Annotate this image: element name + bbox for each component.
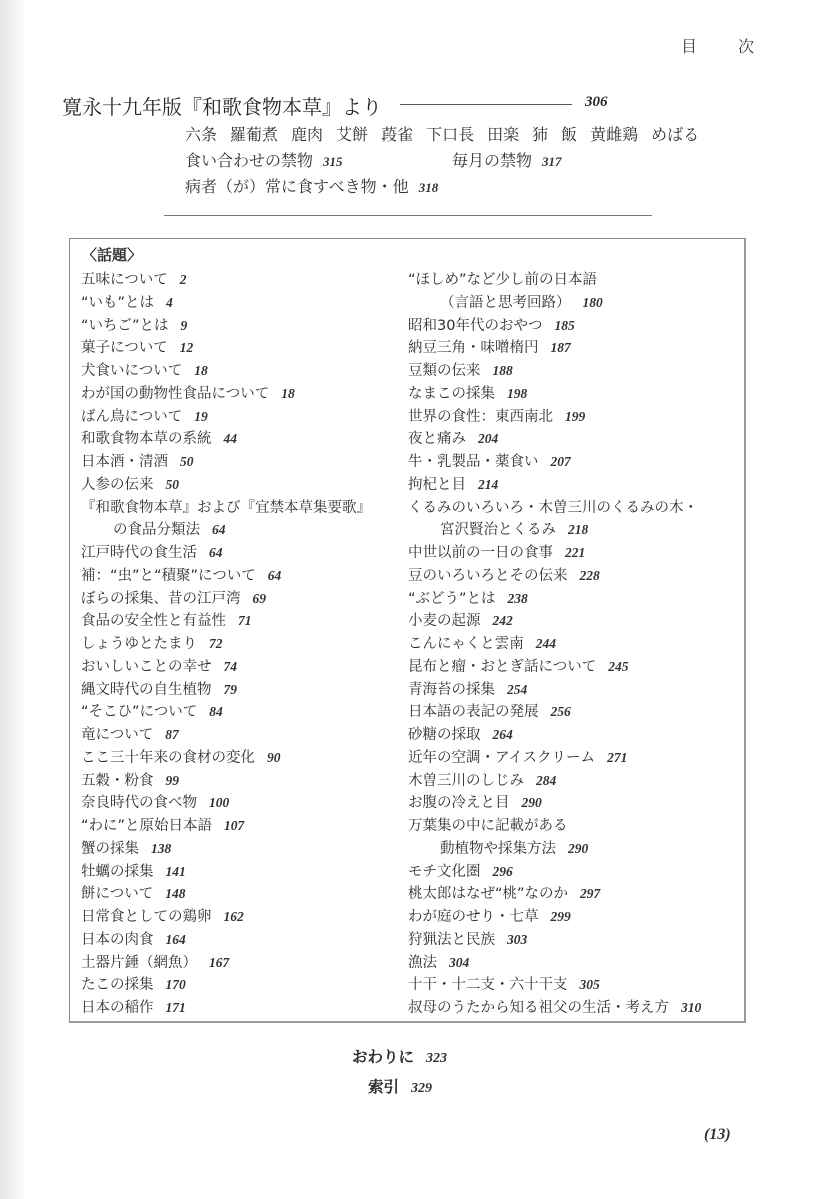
entry-label: 動植物や採集方法 <box>440 841 556 857</box>
word-item: 黄雌鶏 <box>590 125 638 144</box>
entry-label: の食品分類法 <box>113 522 200 538</box>
entry-page: 187 <box>551 340 571 355</box>
toc-entry: 縄文時代の自生植物79 <box>81 679 401 702</box>
entry-page: 245 <box>608 659 628 674</box>
word-item: 葮雀 <box>381 125 413 144</box>
entry-label: 菓子について <box>81 340 168 356</box>
section-word-list: 六条羅葡煮鹿肉艾餅葮雀下口長田楽犻飯黄雌鶏めばる <box>185 122 712 145</box>
entry-label: 近年の空調・アイスクリーム <box>408 750 595 766</box>
toc-entry: 五味について2 <box>81 269 401 292</box>
entry-page: 87 <box>165 727 179 742</box>
entry-page: 218 <box>568 522 588 537</box>
toc-entry: 拘杞と目214 <box>408 474 743 497</box>
toc-entry: 日本語の表記の発展256 <box>408 701 743 724</box>
entry-page: 18 <box>281 386 295 401</box>
word-item: 艾餅 <box>336 125 368 144</box>
word-item: 犻 <box>532 125 548 144</box>
toc-entry: 砂糖の採取264 <box>408 724 743 747</box>
entry-page: 323 <box>426 1051 447 1066</box>
entry-page: 198 <box>507 386 527 401</box>
entry-page: 290 <box>522 795 542 810</box>
toc-entry: （言語と思考回路）180 <box>408 292 743 315</box>
toc-entry: 豆のいろいろとその伝来228 <box>408 565 743 588</box>
entry-page: 199 <box>565 409 585 424</box>
toc-entry: 豆類の伝来188 <box>408 360 743 383</box>
entry-page: 329 <box>411 1081 432 1096</box>
entry-page: 290 <box>568 841 588 856</box>
entry-page: 171 <box>166 1000 186 1015</box>
entry-page: 84 <box>209 704 223 719</box>
sub-item: 病者（が）常に食すべき物・他318 <box>185 174 438 197</box>
entry-page: 167 <box>209 955 229 970</box>
entry-page: 100 <box>209 795 229 810</box>
toc-entry: 餅について148 <box>81 883 401 906</box>
entry-label: 拘杞と目 <box>408 477 466 493</box>
entry-page: 44 <box>224 431 238 446</box>
toc-entry: わが庭のせり・七草299 <box>408 906 743 929</box>
word-item: 飯 <box>561 125 577 144</box>
toc-entry: 日本酒・清酒50 <box>81 451 401 474</box>
toc-entry: 土器片錘（網魚）167 <box>81 952 401 975</box>
page-gutter-shadow <box>0 0 26 1199</box>
section-title: 寛永十九年版『和歌食物本草』より <box>62 91 382 120</box>
running-head: 目 次 <box>681 34 772 57</box>
entry-page: 254 <box>507 682 527 697</box>
entry-label: “いも”とは <box>81 295 154 311</box>
entry-label: 木曽三川のしじみ <box>408 773 524 789</box>
toc-entry: 夜と痛み204 <box>408 428 743 451</box>
toc-entry: ここ三十年来の食材の変化90 <box>81 747 401 770</box>
toc-entry: わが国の動物性食品について18 <box>81 383 401 406</box>
toc-entry: “ほしめ”など少し前の日本語 <box>408 269 743 292</box>
word-item: 田楽 <box>487 125 519 144</box>
sub-item: 毎月の禁物317 <box>452 148 562 171</box>
entry-label: 土器片錘（網魚） <box>81 955 197 971</box>
word-item: めばる <box>651 125 699 144</box>
entry-label: 江戸時代の食生活 <box>81 545 197 561</box>
entry-label: 犬食いについて <box>81 363 182 379</box>
topics-heading: 〈話題〉 <box>82 244 142 265</box>
toc-entry-afterword: おわりに323 <box>352 1045 447 1067</box>
entry-page: 72 <box>209 636 223 651</box>
entry-label: 五穀・粉食 <box>81 773 154 789</box>
entry-label: 桃太郎はなぜ“桃”なのか <box>408 886 568 902</box>
entry-label: 中世以前の一日の食事 <box>408 545 553 561</box>
toc-entry: 昆布と瘤・おとぎ話について245 <box>408 656 743 679</box>
entry-label: 砂糖の採取 <box>408 727 481 743</box>
toc-entry: 十干・十二支・六十干支305 <box>408 974 743 997</box>
toc-entry: お腹の冷えと目290 <box>408 792 743 815</box>
topics-column-left: 五味について2“いも”とは4“いちご”とは9菓子について12犬食いについて18わ… <box>81 269 401 1020</box>
toc-entry: なまこの採集198 <box>408 383 743 406</box>
toc-entry: 日常食としての鶏卵162 <box>81 906 401 929</box>
entry-page: 305 <box>580 977 600 992</box>
entry-label: 漁法 <box>408 955 437 971</box>
entry-label: 狩猟法と民族 <box>408 932 495 948</box>
entry-label: こんにゃくと雲南 <box>408 636 524 652</box>
toc-entry: 狩猟法と民族303 <box>408 929 743 952</box>
entry-page: 204 <box>478 431 498 446</box>
toc-entry: “いちご”とは9 <box>81 315 401 338</box>
entry-page: 99 <box>166 773 180 788</box>
entry-page: 164 <box>166 932 186 947</box>
entry-page: 188 <box>493 363 513 378</box>
toc-entry: ばん鳥について19 <box>81 406 401 429</box>
entry-page: 79 <box>224 682 238 697</box>
entry-page: 69 <box>253 591 267 606</box>
entry-page: 297 <box>580 886 600 901</box>
toc-entry: しょうゆとたまり72 <box>81 633 401 656</box>
entry-page: 107 <box>224 818 244 833</box>
entry-page: 90 <box>267 750 281 765</box>
entry-label: 宮沢賢治とくるみ <box>440 522 556 538</box>
entry-label: 索引 <box>368 1078 399 1096</box>
entry-label: 日常食としての鶏卵 <box>81 909 212 925</box>
entry-page: 238 <box>508 591 528 606</box>
section-page-number: 306 <box>585 94 608 111</box>
entry-label: 日本の稲作 <box>81 1000 154 1016</box>
toc-entry: 食品の安全性と有益性71 <box>81 610 401 633</box>
entry-label: “そこひ”について <box>81 704 197 720</box>
entry-page: 2 <box>180 272 187 287</box>
entry-page: 74 <box>224 659 238 674</box>
toc-entry: 昭和30年代のおやつ185 <box>408 315 743 338</box>
entry-label: なまこの採集 <box>408 386 495 402</box>
entry-page: 303 <box>507 932 527 947</box>
entry-page: 271 <box>607 750 627 765</box>
toc-entry: “いも”とは4 <box>81 292 401 315</box>
toc-entry: 江戸時代の食生活64 <box>81 542 401 565</box>
entry-label: 人参の伝来 <box>81 477 154 493</box>
toc-entry: 補：“虫”と“積聚”について64 <box>81 565 401 588</box>
entry-label: 縄文時代の自生植物 <box>81 682 212 698</box>
entry-label: 和歌食物本草の系統 <box>81 431 212 447</box>
entry-page: 242 <box>493 613 513 628</box>
toc-entry: 『和歌食物本草』および『宜禁本草集要歌』 <box>81 497 401 520</box>
entry-page: 256 <box>551 704 571 719</box>
entry-label: 昭和30年代のおやつ <box>408 318 542 334</box>
toc-entry: 中世以前の一日の食事221 <box>408 542 743 565</box>
toc-entry: 動植物や採集方法290 <box>408 838 743 861</box>
entry-page: 4 <box>166 295 173 310</box>
entry-label: 『和歌食物本草』および『宜禁本草集要歌』 <box>81 500 371 516</box>
entry-label: 豆類の伝来 <box>408 363 481 379</box>
entry-page: 180 <box>583 295 603 310</box>
entry-page: 141 <box>166 864 186 879</box>
toc-entry: 納豆三角・味噌楕円187 <box>408 337 743 360</box>
toc-entry: 日本の肉食164 <box>81 929 401 952</box>
sub-item-label: 毎月の禁物 <box>452 151 532 170</box>
toc-entry: 桃太郎はなぜ“桃”なのか297 <box>408 883 743 906</box>
entry-label: 夜と痛み <box>408 431 466 447</box>
word-item: 六条 <box>185 125 217 144</box>
entry-label: ばん鳥について <box>81 409 182 425</box>
toc-entry: 世界の食性：東西南北199 <box>408 406 743 429</box>
entry-page: 18 <box>194 363 208 378</box>
entry-label: ここ三十年来の食材の変化 <box>81 750 255 766</box>
word-item: 鹿肉 <box>291 125 323 144</box>
toc-entry: たこの採集170 <box>81 974 401 997</box>
entry-page: 284 <box>536 773 556 788</box>
entry-label: 昆布と瘤・おとぎ話について <box>408 659 596 675</box>
toc-entry: 人参の伝来50 <box>81 474 401 497</box>
toc-entry: 犬食いについて18 <box>81 360 401 383</box>
toc-entry: 竜について87 <box>81 724 401 747</box>
toc-entry: “ぶどう”とは238 <box>408 588 743 611</box>
entry-label: おわりに <box>352 1048 414 1066</box>
sub-item-page: 315 <box>323 154 343 169</box>
sub-item-label: 病者（が）常に食すべき物・他 <box>185 177 409 196</box>
entry-label: お腹の冷えと目 <box>408 795 510 811</box>
toc-entry: 小麦の起源242 <box>408 610 743 633</box>
entry-label: くるみのいろいろ・木曽三川のくるみの木・ <box>408 500 698 516</box>
entry-page: 9 <box>181 318 188 333</box>
toc-entry: ぼらの採集、昔の江戸湾69 <box>81 588 401 611</box>
toc-entry: 宮沢賢治とくるみ218 <box>408 519 743 542</box>
entry-label: 牡蠣の採集 <box>81 864 154 880</box>
entry-label: 食品の安全性と有益性 <box>81 613 226 629</box>
entry-page: 304 <box>449 955 469 970</box>
entry-label: 叔母のうたから知る祖父の生活・考え方 <box>408 1000 669 1016</box>
toc-entry: 和歌食物本草の系統44 <box>81 428 401 451</box>
entry-page: 71 <box>238 613 252 628</box>
entry-page: 64 <box>268 568 282 583</box>
entry-label: “わに”と原始日本語 <box>81 818 212 834</box>
entry-page: 185 <box>554 318 574 333</box>
entry-label: おいしいことの幸せ <box>81 659 212 675</box>
entry-page: 19 <box>194 409 208 424</box>
entry-page: 221 <box>565 545 585 560</box>
entry-label: 小麦の起源 <box>408 613 481 629</box>
entry-label: わが国の動物性食品について <box>81 386 269 402</box>
toc-entry: 牛・乳製品・薬食い207 <box>408 451 743 474</box>
toc-entry: 万葉集の中に記載がある <box>408 815 743 838</box>
entry-page: 244 <box>536 636 556 651</box>
entry-label: 補：“虫”と“積聚”について <box>81 568 256 584</box>
entry-page: 50 <box>166 477 180 492</box>
entry-label: たこの採集 <box>81 977 154 993</box>
entry-label: 奈良時代の食べ物 <box>81 795 197 811</box>
entry-page: 228 <box>580 568 600 583</box>
entry-page: 50 <box>180 454 194 469</box>
entry-label: 日本酒・清酒 <box>81 454 168 470</box>
entry-label: 万葉集の中に記載がある <box>408 818 568 834</box>
toc-entry: モチ文化圏296 <box>408 861 743 884</box>
toc-entry: おいしいことの幸せ74 <box>81 656 401 679</box>
toc-entry: “わに”と原始日本語107 <box>81 815 401 838</box>
entry-page: 64 <box>209 545 223 560</box>
toc-entry-index: 索引329 <box>368 1075 432 1097</box>
toc-entry: 五穀・粉食99 <box>81 770 401 793</box>
toc-entry: 木曽三川のしじみ284 <box>408 770 743 793</box>
entry-page: 299 <box>551 909 571 924</box>
entry-page: 264 <box>493 727 513 742</box>
toc-entry: 蟹の採集138 <box>81 838 401 861</box>
entry-label: 餅について <box>81 886 153 902</box>
entry-label: “ぶどう”とは <box>408 591 496 607</box>
entry-page: 162 <box>224 909 244 924</box>
toc-entry: の食品分類法64 <box>81 519 401 542</box>
entry-label: 日本語の表記の発展 <box>408 704 539 720</box>
topics-column-right: “ほしめ”など少し前の日本語（言語と思考回路）180昭和30年代のおやつ185納… <box>408 269 743 1020</box>
entry-label: 日本の肉食 <box>81 932 154 948</box>
entry-label: 十干・十二支・六十干支 <box>408 977 568 993</box>
sub-item-page: 317 <box>542 154 562 169</box>
toc-entry: 菓子について12 <box>81 337 401 360</box>
toc-entry: くるみのいろいろ・木曽三川のくるみの木・ <box>408 497 743 520</box>
entry-page: 148 <box>165 886 185 901</box>
entry-page: 214 <box>478 477 498 492</box>
section-divider <box>164 215 652 216</box>
sub-item: 食い合わせの禁物315 <box>185 148 343 171</box>
entry-label: 豆のいろいろとその伝来 <box>408 568 568 584</box>
entry-label: （言語と思考回路） <box>440 295 571 311</box>
entry-label: “ほしめ”など少し前の日本語 <box>408 272 597 288</box>
entry-label: 納豆三角・味噌楕円 <box>408 340 539 356</box>
toc-entry: 奈良時代の食べ物100 <box>81 792 401 815</box>
entry-page: 310 <box>681 1000 701 1015</box>
entry-label: 青海苔の採集 <box>408 682 495 698</box>
entry-label: 五味について <box>81 272 168 288</box>
entry-page: 138 <box>151 841 171 856</box>
entry-label: 蟹の採集 <box>81 841 139 857</box>
leader-line <box>400 104 572 105</box>
page-folio: (13) <box>704 1126 731 1144</box>
entry-page: 12 <box>180 340 194 355</box>
entry-label: 世界の食性：東西南北 <box>408 409 553 425</box>
toc-entry: 近年の空調・アイスクリーム271 <box>408 747 743 770</box>
entry-page: 207 <box>551 454 571 469</box>
toc-entry: “そこひ”について84 <box>81 701 401 724</box>
toc-entry: 漁法304 <box>408 952 743 975</box>
entry-label: わが庭のせり・七草 <box>408 909 539 925</box>
word-item: 羅葡煮 <box>230 125 278 144</box>
word-item: 下口長 <box>426 125 474 144</box>
entry-label: “いちご”とは <box>81 318 169 334</box>
toc-entry: 青海苔の採集254 <box>408 679 743 702</box>
entry-label: しょうゆとたまり <box>81 636 197 652</box>
entry-page: 64 <box>212 522 226 537</box>
toc-entry: 日本の稲作171 <box>81 997 401 1020</box>
entry-label: モチ文化圏 <box>408 864 481 880</box>
entry-page: 296 <box>493 864 513 879</box>
sub-item-label: 食い合わせの禁物 <box>185 151 313 170</box>
sub-item-page: 318 <box>419 180 439 195</box>
toc-entry: こんにゃくと雲南244 <box>408 633 743 656</box>
entry-label: ぼらの採集、昔の江戸湾 <box>81 591 241 607</box>
toc-entry: 牡蠣の採集141 <box>81 861 401 884</box>
entry-label: 牛・乳製品・薬食い <box>408 454 539 470</box>
entry-label: 竜について <box>81 727 153 743</box>
entry-page: 170 <box>166 977 186 992</box>
toc-entry: 叔母のうたから知る祖父の生活・考え方310 <box>408 997 743 1020</box>
